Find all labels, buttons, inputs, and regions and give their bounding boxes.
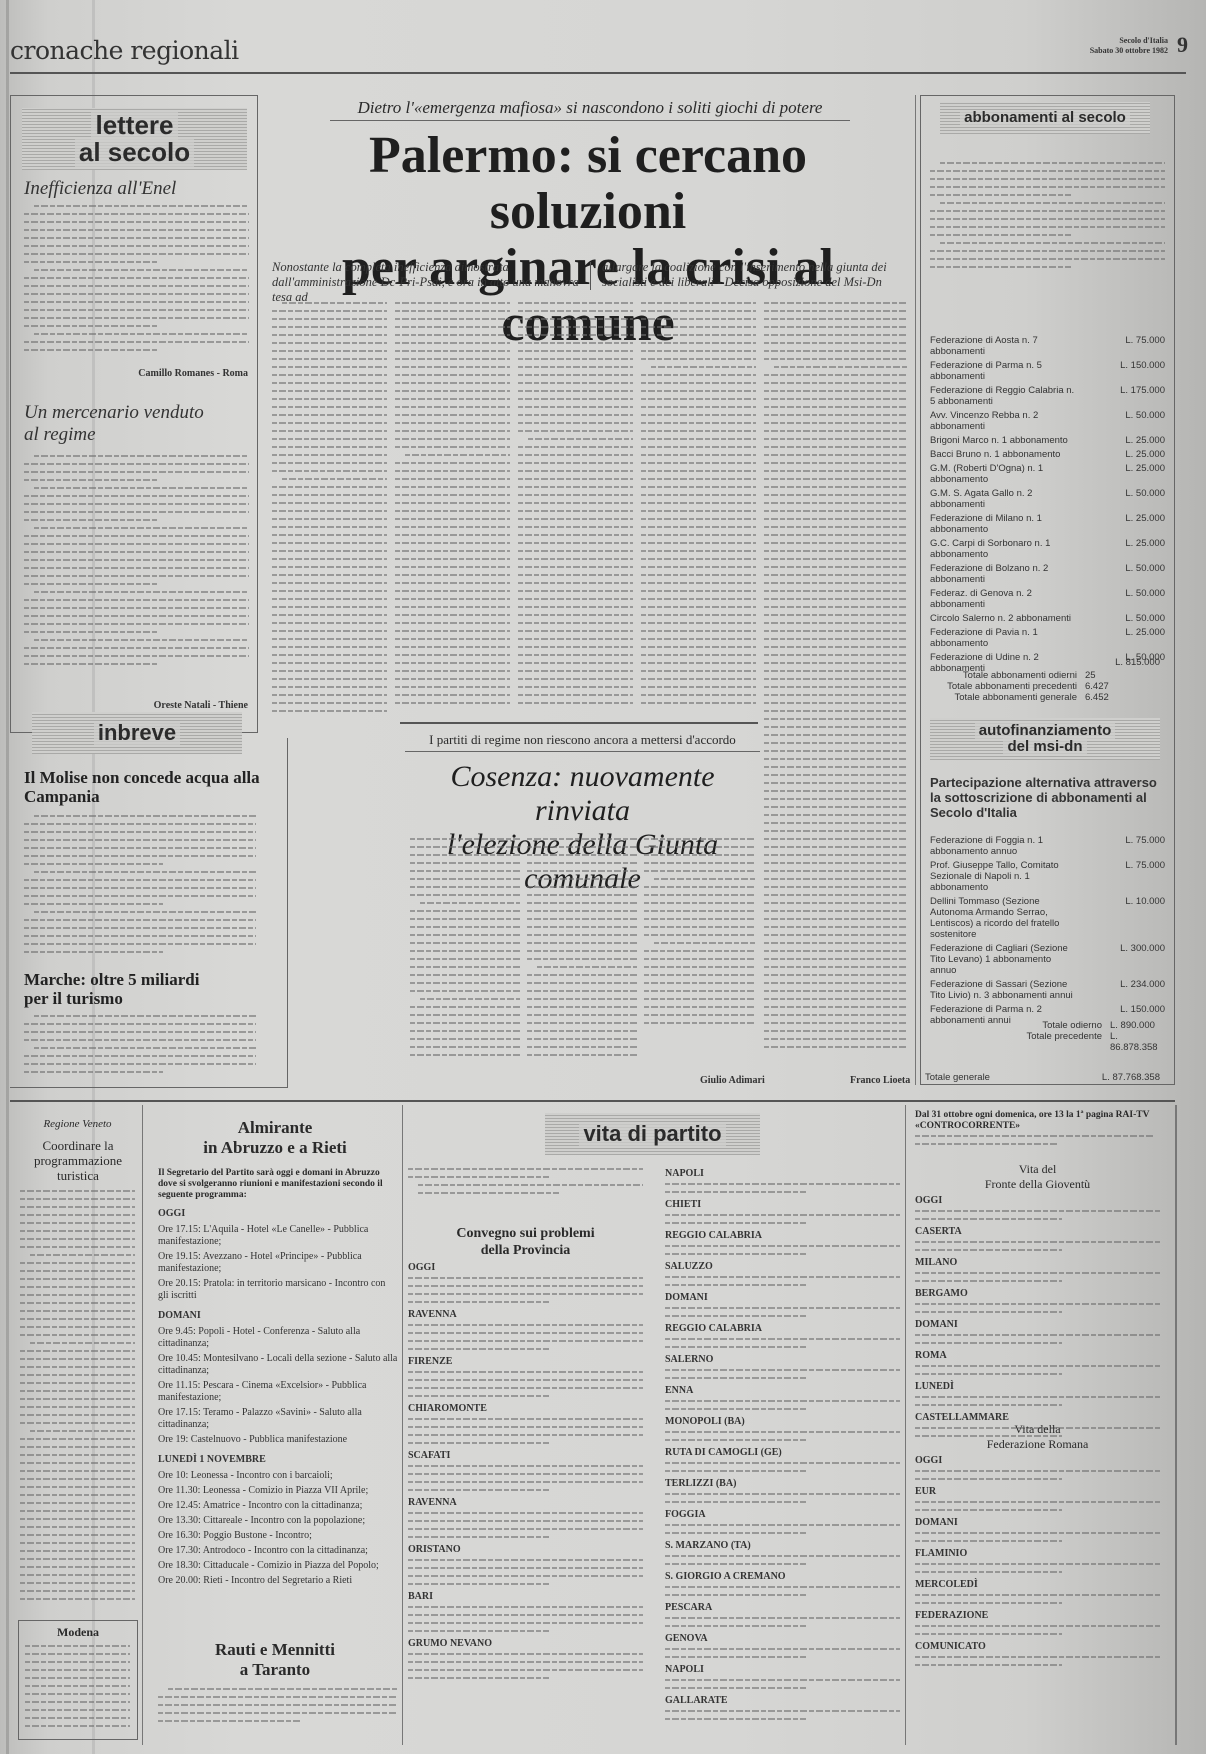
entry-amount: L. 25.000 xyxy=(1125,435,1165,446)
item-body xyxy=(408,1324,643,1356)
place-name: DOMANI xyxy=(915,1319,958,1330)
schedule-item: Ore 12.45: Amatrice - Incontro con la ci… xyxy=(158,1500,398,1512)
list-item: Totale abbonamenti precedenti6.427 xyxy=(930,681,1135,692)
entry-amount: L. 25.000 xyxy=(1125,538,1165,560)
entry-name: Totale precedente xyxy=(1026,1031,1102,1053)
cosenza-body-col2 xyxy=(527,838,637,1063)
entry-amount: L. 50.000 xyxy=(1125,563,1165,585)
lead-body-col3 xyxy=(518,302,633,717)
letter-signature: Camillo Romanes - Roma xyxy=(138,368,248,379)
schedule-item: Ore 18.30: Cittaducale - Comizio in Piaz… xyxy=(158,1560,398,1572)
list-item: CHIETI xyxy=(665,1199,900,1211)
list-item: Federazione di Foggia n. 1 abbonamento a… xyxy=(930,835,1165,857)
rauti-title: Rauti e Mennitti a Taranto xyxy=(150,1640,400,1680)
entry-amount: L. 25.000 xyxy=(1125,627,1165,649)
list-item: COMUNICATO xyxy=(915,1641,1160,1653)
entry-name: Federazione di Sassari (Sezione Tito Liv… xyxy=(930,979,1075,1001)
place-name: GENOVA xyxy=(665,1633,708,1644)
schedule-item: Ore 17.15: L'Aquila - Hotel «Le Canelle»… xyxy=(158,1224,398,1248)
entry-name: Federazione di Cagliari (Sezione Tito Le… xyxy=(930,943,1075,976)
column-rule xyxy=(905,1105,906,1745)
list-item: Federaz. di Genova n. 2 abbonamentiL. 50… xyxy=(930,588,1165,610)
place-name: FEDERAZIONE xyxy=(915,1610,988,1621)
list-item: Circolo Salerno n. 2 abbonamentiL. 50.00… xyxy=(930,613,1165,624)
title-line: Fronte della Gioventù xyxy=(915,1177,1160,1192)
entry-name: Federazione di Milano n. 1 abbonamento xyxy=(930,513,1075,535)
place-name: MILANO xyxy=(915,1257,957,1268)
list-item: FIRENZE xyxy=(408,1356,643,1368)
list-item: MONOPOLI (BA) xyxy=(665,1416,900,1428)
title-line: Almirante xyxy=(150,1118,400,1138)
entry-amount: L. 234.000 xyxy=(1120,979,1165,1001)
entry-name: Federazione di Foggia n. 1 abbonamento a… xyxy=(930,835,1075,857)
veneto-kicker: Regione Veneto xyxy=(20,1118,135,1130)
entry-amount: L. 25.000 xyxy=(1125,513,1165,535)
item-body xyxy=(665,1369,900,1385)
place-name: MERCOLEDÌ xyxy=(915,1579,978,1590)
issue-date: Sabato 30 ottobre 1982 xyxy=(1090,46,1168,56)
deck-divider xyxy=(590,262,591,290)
schedule-item: Ore 11.15: Pescara - Cinema «Excelsior» … xyxy=(158,1380,398,1404)
place-name: OGGI xyxy=(915,1455,942,1466)
list-item: Bacci Bruno n. 1 abbonamentoL. 25.000 xyxy=(930,449,1165,460)
schedule-item: Ore 10.45: Montesilvano - Locali della s… xyxy=(158,1353,398,1377)
abbonamenti-subtotal: L. 815.000 xyxy=(930,657,1160,668)
place-name: SALERNO xyxy=(665,1354,713,1365)
title-line: Vita del xyxy=(915,1162,1160,1177)
entry-name: Federazione di Bolzano n. 2 abbonamenti xyxy=(930,563,1075,585)
item-body xyxy=(665,1214,900,1230)
item-body xyxy=(408,1559,643,1591)
entry-name: Federazione di Parma n. 5 abbonamenti xyxy=(930,360,1075,382)
masthead-info: Secolo d'Italia Sabato 30 ottobre 1982 xyxy=(1090,36,1168,56)
place-name: COMUNICATO xyxy=(915,1641,986,1652)
list-item: Federazione di Pavia n. 1 abbonamentoL. … xyxy=(930,627,1165,649)
cosenza-kicker: I partiti di regime non riescono ancora … xyxy=(405,732,760,752)
item-body xyxy=(665,1555,900,1571)
list-item: FOGGIA xyxy=(665,1509,900,1521)
vita-partito-left-list: OGGIRAVENNAFIRENZECHIAROMONTESCAFATIRAVE… xyxy=(408,1262,643,1685)
list-item: DOMANI xyxy=(915,1517,1160,1529)
place-name: CHIETI xyxy=(665,1199,701,1210)
place-name: SALUZZO xyxy=(665,1261,713,1272)
place-name: OGGI xyxy=(915,1195,942,1206)
list-item: GRUMO NEVANO xyxy=(408,1638,643,1650)
item-body xyxy=(915,1365,1160,1381)
entry-amount: L. 75.000 xyxy=(1125,835,1165,857)
list-item: MILANO xyxy=(915,1257,1160,1269)
schedule-day: LUNEDÌ 1 NOVEMBRE xyxy=(158,1454,398,1466)
place-name: FOGGIA xyxy=(665,1509,706,1520)
list-item: RAVENNA xyxy=(408,1497,643,1509)
item-body xyxy=(665,1462,900,1478)
controcorrente-note: Dal 31 ottobre ogni domenica, ore 13 la … xyxy=(915,1110,1160,1132)
banner-line: autofinanziamento xyxy=(975,722,1116,739)
schedule-item: Ore 10: Leonessa - Incontro con i barcai… xyxy=(158,1470,398,1482)
entry-name: Totale odierno xyxy=(1042,1020,1102,1031)
entry-name: Dellini Tommaso (Sezione Autonoma Armand… xyxy=(930,896,1075,940)
item-body xyxy=(665,1338,900,1354)
grand-total-row: Totale generale L. 87.768.358 xyxy=(925,1072,1160,1083)
list-item: Federazione di Sassari (Sezione Tito Liv… xyxy=(930,979,1165,1001)
list-item: LUNEDÌ xyxy=(915,1381,1160,1393)
entry-amount: L. 50.000 xyxy=(1125,613,1165,624)
list-item: BERGAMO xyxy=(915,1288,1160,1300)
title-line: Federazione Romana xyxy=(915,1437,1160,1452)
section-rule xyxy=(400,722,758,724)
entry-name: Avv. Vincenzo Rebba n. 2 abbonamenti xyxy=(930,410,1075,432)
section-title: cronache regionali xyxy=(10,36,239,65)
veneto-body xyxy=(20,1190,135,1610)
headline-line: Cosenza: nuovamente rinviata xyxy=(400,760,765,828)
place-name: S. MARZANO (TA) xyxy=(665,1540,751,1551)
item-body xyxy=(915,1210,1160,1226)
list-item: OGGI xyxy=(915,1455,1160,1467)
letter-title: Un mercenario venduto al regime xyxy=(24,402,204,446)
list-item: Avv. Vincenzo Rebba n. 2 abbonamentiL. 5… xyxy=(930,410,1165,432)
list-item: Totale precedenteL. 86.878.358 xyxy=(930,1031,1160,1053)
place-name: ROMA xyxy=(915,1350,947,1361)
cosenza-byline: Franco Lioeta xyxy=(850,1075,910,1086)
banner-line: al secolo xyxy=(75,137,194,167)
place-name: ORISTANO xyxy=(408,1544,461,1555)
title-line: della Provincia xyxy=(408,1242,643,1259)
autofinanziamento-list: Federazione di Foggia n. 1 abbonamento a… xyxy=(930,835,1165,1029)
entry-name: Bacci Bruno n. 1 abbonamento xyxy=(930,449,1075,460)
brief-title: Il Molise non concede acqua alla Campani… xyxy=(24,768,264,806)
entry-name: Circolo Salerno n. 2 abbonamenti xyxy=(930,613,1075,624)
banner-line: lettere xyxy=(91,110,177,140)
list-item: Federazione di Bolzano n. 2 abbonamentiL… xyxy=(930,563,1165,585)
lead-body-col4 xyxy=(641,302,756,717)
item-body xyxy=(665,1586,900,1602)
list-item: SALUZZO xyxy=(665,1261,900,1273)
cosenza-body-col1 xyxy=(410,838,520,1063)
fronte-list: OGGICASERTAMILANOBERGAMODOMANIROMALUNEDÌ… xyxy=(915,1195,1160,1443)
list-item: TERLIZZI (BA) xyxy=(665,1478,900,1490)
brief-title: Marche: oltre 5 miliardi per il turismo xyxy=(24,970,224,1008)
convegno-title: Convegno sui problemi della Provincia xyxy=(408,1225,643,1259)
entry-name: G.C. Carpi di Sorbonaro n. 1 abbonamento xyxy=(930,538,1075,560)
list-item: Totale abbonamenti odierni25 xyxy=(930,670,1135,681)
lead-deck-left: Nonostante la completa inefficienza dimo… xyxy=(272,260,582,305)
place-name: DOMANI xyxy=(665,1292,708,1303)
item-body xyxy=(665,1400,900,1416)
entry-amount: L. 25.000 xyxy=(1125,449,1165,460)
place-name: TERLIZZI (BA) xyxy=(665,1478,736,1489)
subtotal-value: L. 815.000 xyxy=(1110,657,1160,668)
grand-total-label: Totale generale xyxy=(925,1072,990,1083)
list-item: GALLARATE xyxy=(665,1695,900,1707)
item-body xyxy=(408,1371,643,1403)
item-body xyxy=(665,1183,900,1199)
modena-label: Modena xyxy=(18,1625,138,1640)
title-line: Convegno sui problemi xyxy=(408,1225,643,1242)
almirante-intro: Il Segretario del Partito sarà oggi e do… xyxy=(158,1168,398,1201)
column-rule xyxy=(402,1105,403,1745)
autofinanziamento-banner: autofinanziamentodel msi-dn xyxy=(930,718,1160,760)
place-name: NAPOLI xyxy=(665,1664,704,1675)
place-name: NAPOLI xyxy=(665,1168,704,1179)
entry-amount: 6.452 xyxy=(1085,692,1135,703)
page-fold xyxy=(6,0,9,1754)
list-item: ENNA xyxy=(665,1385,900,1397)
list-item: RAVENNA xyxy=(408,1309,643,1321)
place-name: GALLARATE xyxy=(665,1695,728,1706)
item-body xyxy=(665,1307,900,1323)
almirante-title: Almirante in Abruzzo e a Rieti xyxy=(150,1118,400,1158)
bottom-section-rule xyxy=(10,1100,1175,1102)
list-item: Federazione di Reggio Calabria n. 5 abbo… xyxy=(930,385,1165,407)
autofinanziamento-totals: Totale odiernoL. 890.000Totale precedent… xyxy=(930,1020,1160,1053)
item-body xyxy=(408,1606,643,1638)
entry-amount: L. 150.000 xyxy=(1120,360,1165,382)
list-item: G.M. (Roberti D'Ogna) n. 1 abbonamentoL.… xyxy=(930,463,1165,485)
item-body xyxy=(665,1245,900,1261)
item-body xyxy=(408,1512,643,1544)
list-item: DOMANI xyxy=(665,1292,900,1304)
list-item: OGGI xyxy=(915,1195,1160,1207)
entry-amount: L. 75.000 xyxy=(1125,335,1165,357)
list-item: FEDERAZIONE xyxy=(915,1610,1160,1622)
schedule-day: DOMANI xyxy=(158,1310,398,1322)
list-item: Brigoni Marco n. 1 abbonamentoL. 25.000 xyxy=(930,435,1165,446)
item-body xyxy=(915,1625,1160,1641)
place-name: LUNEDÌ xyxy=(915,1381,954,1392)
schedule-day: OGGI xyxy=(158,1208,398,1220)
title-line: Rauti e Mennitti xyxy=(150,1640,400,1660)
list-item: SALERNO xyxy=(665,1354,900,1366)
list-item: ORISTANO xyxy=(408,1544,643,1556)
item-body xyxy=(408,1277,643,1309)
place-name: CASERTA xyxy=(915,1226,962,1237)
federazione-romana-title: Vita della Federazione Romana xyxy=(915,1422,1160,1452)
list-item: S. GIORGIO A CREMANO xyxy=(665,1571,900,1583)
place-name: EUR xyxy=(915,1486,936,1497)
item-body xyxy=(915,1272,1160,1288)
place-name: PESCARA xyxy=(665,1602,712,1613)
entry-amount: L. 175.000 xyxy=(1120,385,1165,407)
list-item: NAPOLI xyxy=(665,1168,900,1180)
abbonamenti-intro xyxy=(930,162,1165,322)
banner-text: abbonamenti al secolo xyxy=(960,110,1130,126)
item-body xyxy=(665,1617,900,1633)
schedule-item: Ore 19.15: Avezzano - Hotel «Principe» -… xyxy=(158,1251,398,1275)
list-item: GENOVA xyxy=(665,1633,900,1645)
schedule-item: Ore 17.30: Antrodoco - Incontro con la c… xyxy=(158,1545,398,1557)
letter-body xyxy=(24,205,249,365)
schedule-item: Ore 19: Castelnuovo - Pubblica manifesta… xyxy=(158,1434,398,1446)
entry-amount: L. 50.000 xyxy=(1125,488,1165,510)
note-body xyxy=(915,1135,1155,1155)
list-item: PESCARA xyxy=(665,1602,900,1614)
title-line: a Taranto xyxy=(150,1660,400,1680)
brief-body xyxy=(24,815,256,965)
schedule-item: Ore 20.15: Pratola: in territorio marsic… xyxy=(158,1278,398,1302)
entry-name: Totale abbonamenti precedenti xyxy=(947,681,1077,692)
entry-amount: L. 86.878.358 xyxy=(1110,1031,1160,1053)
entry-name: Federaz. di Genova n. 2 abbonamenti xyxy=(930,588,1075,610)
item-body xyxy=(408,1653,643,1685)
list-item: SCAFATI xyxy=(408,1450,643,1462)
entry-name: Totale abbonamenti generale xyxy=(954,692,1077,703)
entry-amount: 25 xyxy=(1085,670,1135,681)
lead-body-col2 xyxy=(395,302,510,717)
letter-body xyxy=(24,455,249,695)
cosenza-body-col3 xyxy=(644,838,756,1036)
entry-name: G.M. S. Agata Gallo n. 2 abbonamenti xyxy=(930,488,1075,510)
place-name: REGGIO CALABRIA xyxy=(665,1230,762,1241)
list-item: EUR xyxy=(915,1486,1160,1498)
list-item: Federazione di Parma n. 5 abbonamentiL. … xyxy=(930,360,1165,382)
schedule-item: Ore 9.45: Popoli - Hotel - Conferenza - … xyxy=(158,1326,398,1350)
modena-body xyxy=(25,1645,130,1735)
item-body xyxy=(408,1465,643,1497)
place-name: OGGI xyxy=(408,1262,435,1273)
place-name: RUTA DI CAMOGLI (GE) xyxy=(665,1447,782,1458)
list-item: ROMA xyxy=(915,1350,1160,1362)
inbreve-banner: inbreve xyxy=(32,712,242,754)
list-item: Federazione di Cagliari (Sezione Tito Le… xyxy=(930,943,1165,976)
schedule-item: Ore 11.30: Leonessa - Comizio in Piazza … xyxy=(158,1485,398,1497)
place-name: MONOPOLI (BA) xyxy=(665,1416,745,1427)
column-rule xyxy=(1175,1105,1177,1745)
federazione-romana-list: OGGIEURDOMANIFLAMINIOMERCOLEDÌFEDERAZION… xyxy=(915,1455,1160,1672)
banner-line: del msi-dn xyxy=(1003,738,1086,755)
entry-name: Federazione di Aosta n. 7 abbonamenti xyxy=(930,335,1075,357)
list-item: Federazione di Milano n. 1 abbonamentoL.… xyxy=(930,513,1165,535)
list-item: G.M. S. Agata Gallo n. 2 abbonamentiL. 5… xyxy=(930,488,1165,510)
column-rule xyxy=(142,1105,143,1745)
place-name: RAVENNA xyxy=(408,1309,457,1320)
entry-amount: L. 75.000 xyxy=(1125,860,1165,893)
item-body xyxy=(665,1431,900,1447)
cosenza-byline: Giulio Adimari xyxy=(700,1075,765,1086)
list-item: REGGIO CALABRIA xyxy=(665,1323,900,1335)
place-name: FIRENZE xyxy=(408,1356,452,1367)
item-body xyxy=(665,1648,900,1664)
place-name: CHIAROMONTE xyxy=(408,1403,487,1414)
lead-body-col5 xyxy=(764,302,907,1062)
place-name: ENNA xyxy=(665,1385,693,1396)
entry-amount: L. 50.000 xyxy=(1125,588,1165,610)
list-item: G.C. Carpi di Sorbonaro n. 1 abbonamento… xyxy=(930,538,1165,560)
abbonamenti-list: Federazione di Aosta n. 7 abbonamentiL. … xyxy=(930,335,1165,677)
entry-amount: L. 300.000 xyxy=(1120,943,1165,976)
entry-name: Totale abbonamenti odierni xyxy=(963,670,1077,681)
list-item: Totale odiernoL. 890.000 xyxy=(930,1020,1160,1031)
list-item: MERCOLEDÌ xyxy=(915,1579,1160,1591)
list-item: OGGI xyxy=(408,1262,643,1274)
entry-amount: L. 10.000 xyxy=(1125,896,1165,940)
schedule-item: Ore 17.15: Teramo - Palazzo «Savini» - S… xyxy=(158,1407,398,1431)
entry-amount: L. 25.000 xyxy=(1125,463,1165,485)
list-item: Prof. Giuseppe Tallo, Comitato Sezionale… xyxy=(930,860,1165,893)
list-item: Dellini Tommaso (Sezione Autonoma Armand… xyxy=(930,896,1165,940)
list-item: NAPOLI xyxy=(665,1664,900,1676)
lead-body-col1 xyxy=(272,302,387,717)
abbonamenti-totals: Totale abbonamenti odierni25Totale abbon… xyxy=(930,670,1135,703)
list-item: DOMANI xyxy=(915,1319,1160,1331)
vita-partito-right-list: NAPOLICHIETIREGGIO CALABRIASALUZZODOMANI… xyxy=(665,1168,900,1726)
page-number: 9 xyxy=(1177,32,1188,58)
list-item: FLAMINIO xyxy=(915,1548,1160,1560)
banner-text: inbreve xyxy=(94,721,180,744)
veneto-title: Coordinare la programmazione turistica xyxy=(18,1138,138,1183)
entry-amount: L. 50.000 xyxy=(1125,410,1165,432)
item-body xyxy=(915,1501,1160,1517)
rauti-body xyxy=(158,1688,398,1738)
schedule-item: Ore 16.30: Poggio Bustone - Incontro; xyxy=(158,1530,398,1542)
item-body xyxy=(915,1241,1160,1257)
entry-name: Federazione di Pavia n. 1 abbonamento xyxy=(930,627,1075,649)
entry-name: Federazione di Reggio Calabria n. 5 abbo… xyxy=(930,385,1075,407)
place-name: BARI xyxy=(408,1591,433,1602)
entry-name: Brigoni Marco n. 1 abbonamento xyxy=(930,435,1075,446)
list-item: CHIAROMONTE xyxy=(408,1403,643,1415)
item-body xyxy=(665,1679,900,1695)
banner-text: vita di partito xyxy=(579,1122,725,1145)
vita-partito-banner: vita di partito xyxy=(545,1113,760,1155)
schedule-item: Ore 13.30: Cittareale - Incontro con la … xyxy=(158,1515,398,1527)
schedule-item: Ore 20.00: Rieti - Incontro del Segretar… xyxy=(158,1575,398,1587)
list-item: S. MARZANO (TA) xyxy=(665,1540,900,1552)
newspaper-page: cronache regionali Secolo d'Italia Sabat… xyxy=(0,0,1206,1754)
item-body xyxy=(915,1532,1160,1548)
entry-amount: L. 890.000 xyxy=(1110,1020,1160,1031)
headline-line: Palermo: si cercano soluzioni xyxy=(268,128,908,240)
letter-title: Inefficienza all'Enel xyxy=(24,178,176,200)
fronte-title: Vita del Fronte della Gioventù xyxy=(915,1162,1160,1192)
item-body xyxy=(408,1418,643,1450)
header-rule xyxy=(10,72,1186,74)
lead-kicker: Dietro l'«emergenza mafiosa» si nascondo… xyxy=(330,98,850,121)
almirante-schedule: OGGIOre 17.15: L'Aquila - Hotel «Le Cane… xyxy=(158,1200,398,1590)
list-item: Federazione di Aosta n. 7 abbonamentiL. … xyxy=(930,335,1165,357)
list-item: Totale abbonamenti generale6.452 xyxy=(930,692,1135,703)
entry-name: G.M. (Roberti D'Ogna) n. 1 abbonamento xyxy=(930,463,1075,485)
vita-partito-intro xyxy=(408,1168,643,1208)
brief-body xyxy=(24,1015,256,1083)
letters-banner: lettereal secolo xyxy=(22,108,247,170)
item-body xyxy=(665,1493,900,1509)
abbonamenti-banner: abbonamenti al secolo xyxy=(940,102,1150,134)
item-body xyxy=(665,1710,900,1726)
list-item: REGGIO CALABRIA xyxy=(665,1230,900,1242)
list-item: CASERTA xyxy=(915,1226,1160,1238)
item-body xyxy=(665,1276,900,1292)
column-rule xyxy=(915,95,916,1085)
place-name: SCAFATI xyxy=(408,1450,450,1461)
place-name: BERGAMO xyxy=(915,1288,968,1299)
item-body xyxy=(915,1594,1160,1610)
place-name: DOMANI xyxy=(915,1517,958,1528)
autofinanziamento-intro: Partecipazione alternativa attraverso la… xyxy=(930,775,1165,820)
item-body xyxy=(915,1563,1160,1579)
title-line: in Abruzzo e a Rieti xyxy=(150,1138,400,1158)
item-body xyxy=(915,1396,1160,1412)
place-name: REGGIO CALABRIA xyxy=(665,1323,762,1334)
entry-name: Prof. Giuseppe Tallo, Comitato Sezionale… xyxy=(930,860,1075,893)
lead-deck-right: allargare la coalizione con l'inseriment… xyxy=(602,260,907,290)
place-name: RAVENNA xyxy=(408,1497,457,1508)
item-body xyxy=(915,1656,1160,1672)
letter-signature: Oreste Natali - Thiene xyxy=(154,700,248,711)
list-item: BARI xyxy=(408,1591,643,1603)
item-body xyxy=(665,1524,900,1540)
paper-name: Secolo d'Italia xyxy=(1090,36,1168,46)
item-body xyxy=(915,1334,1160,1350)
